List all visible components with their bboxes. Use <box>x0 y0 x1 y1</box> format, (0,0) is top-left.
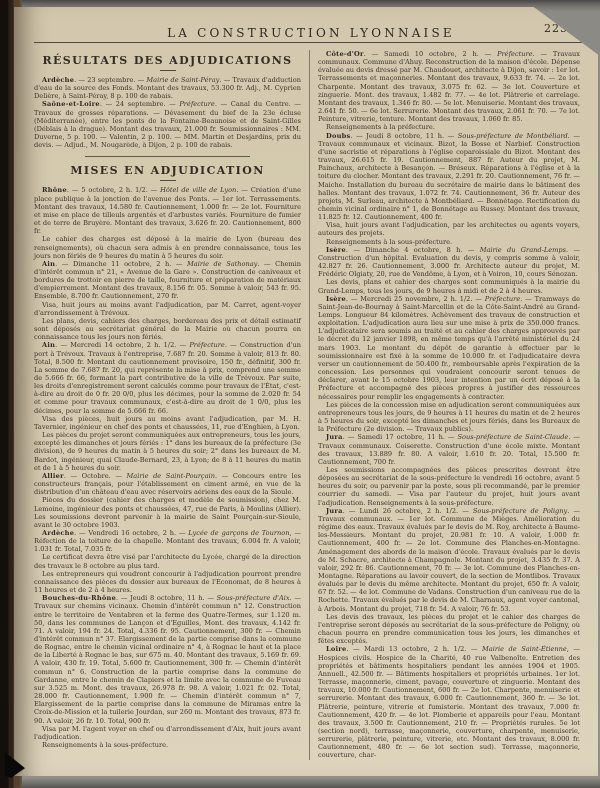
running-head: LA CONSTRUCTION LYONNAISE 225 <box>36 22 586 41</box>
entry-note: Visa des pièces, huit jours au moins ava… <box>34 415 301 431</box>
mises-en-adjudication-heading: MISES EN ADJUDICATION <box>34 164 301 177</box>
header-rule <box>34 42 590 43</box>
entry-note: Le cahier des charges est déposé à la ma… <box>34 235 301 259</box>
entry-note: Les pièces du projet seront communiquées… <box>34 431 301 472</box>
entry-note: Le certificat devra être visé par l'arch… <box>34 553 301 569</box>
entry-note: Visa par M. l'agent voyer en chef ou d'a… <box>34 725 301 741</box>
entry-note: Visa, huit jours avant l'adjudication, p… <box>318 221 580 237</box>
page-number: 225 <box>544 22 568 35</box>
entry-rhone: Rhône. — 5 octobre, 2 h. 1/2. — Hôtel de… <box>34 186 301 235</box>
heading-dash <box>160 180 176 181</box>
entry-note: Les devis des travaux, les pièces du pro… <box>318 613 580 646</box>
journal-title: LA CONSTRUCTION LYONNAISE <box>167 26 455 40</box>
entry-note: Renseignements à la sous-préfecture. <box>34 741 301 749</box>
resultats-des-adjudications-heading: RÉSULTATS DES ADJUDICATIONS <box>34 54 301 67</box>
entry-doubs: Doubs. — Jeudi 8 octobre, 11 h. — Sous-p… <box>318 132 580 222</box>
left-column: RÉSULTATS DES ADJUDICATIONSArdèche. — 23… <box>34 50 310 760</box>
entry-note: Renseignements à la sous-préfecture. <box>318 238 580 246</box>
entry-jura-poligny: Jura. — Lundi 26 octobre, 2 h. 1/2. — So… <box>318 507 580 613</box>
entry-loire: Loire. — Mardi 13 octobre, 2 h. 1/2. — M… <box>318 645 580 759</box>
entry-ardeche-tournon: Ardèche. — Vendredi 16 octobre, 2 h. — L… <box>34 529 301 553</box>
entry-isere-grand-lemps: Isère. — Dimanche 4 octobre, 8 h. — Mair… <box>318 246 580 279</box>
entry-allier: Allier. — Octobre. — Mairie de Saint-Pou… <box>34 472 301 496</box>
entry-ain-prefecture: Ain. — Mercredi 14 octobre, 2 h. 1/2. — … <box>34 341 301 414</box>
entry-bouches-du-rhone: Bouches-du-Rhône. — Jeudi 8 octobre, 11 … <box>34 594 301 725</box>
entry-note: Les entrepreneurs qui voudront concourir… <box>34 570 301 594</box>
text-columns: RÉSULTATS DES ADJUDICATIONSArdèche. — 23… <box>34 50 580 760</box>
entry-cote-d-or: Côte-d'Or. — Samedi 10 octobre, 2 h. — P… <box>318 50 580 123</box>
entry-ardeche-resultat: Ardèche. — 23 septembre. — Mairie de Sai… <box>34 76 301 100</box>
entry-note: Les soumissions accompagnées des pièces … <box>318 466 580 507</box>
entry-saone-et-loire-resultat: Saône-et-Loire. — 24 septembre. — Préfec… <box>34 100 301 149</box>
entry-note: Les devis, plans et cahier des charges s… <box>318 278 580 294</box>
entry-note: Visa, huit jours au moins avant l'adjudi… <box>34 301 301 317</box>
right-column: Côte-d'Or. — Samedi 10 octobre, 2 h. — P… <box>310 50 580 760</box>
entry-ain-sathonay: Ain. — Dimanche 11 octobre, 2 h. — Mairi… <box>34 260 301 301</box>
entry-jura-saint-claude: Jura. — Samedi 17 octobre, 11 h. — Sous-… <box>318 433 580 466</box>
entry-note: Les pièces de la concession mise en adju… <box>318 401 580 434</box>
entry-note: Les plans, devis, cahiers des charges, b… <box>34 317 301 341</box>
journal-page: LA CONSTRUCTION LYONNAISE 225 RÉSULTATS … <box>14 7 598 776</box>
entry-isere-tramways: Isère. — Mercredi 25 novembre, 2 h. 1/2.… <box>318 295 580 401</box>
scanned-page-background: LA CONSTRUCTION LYONNAISE 225 RÉSULTATS … <box>0 0 600 788</box>
entry-note: Pièces du dossier (cahier des charges et… <box>34 496 301 529</box>
section-divider <box>85 156 251 157</box>
heading-dash <box>160 70 176 71</box>
entry-note: Renseignements à la préfecture. <box>318 123 580 131</box>
